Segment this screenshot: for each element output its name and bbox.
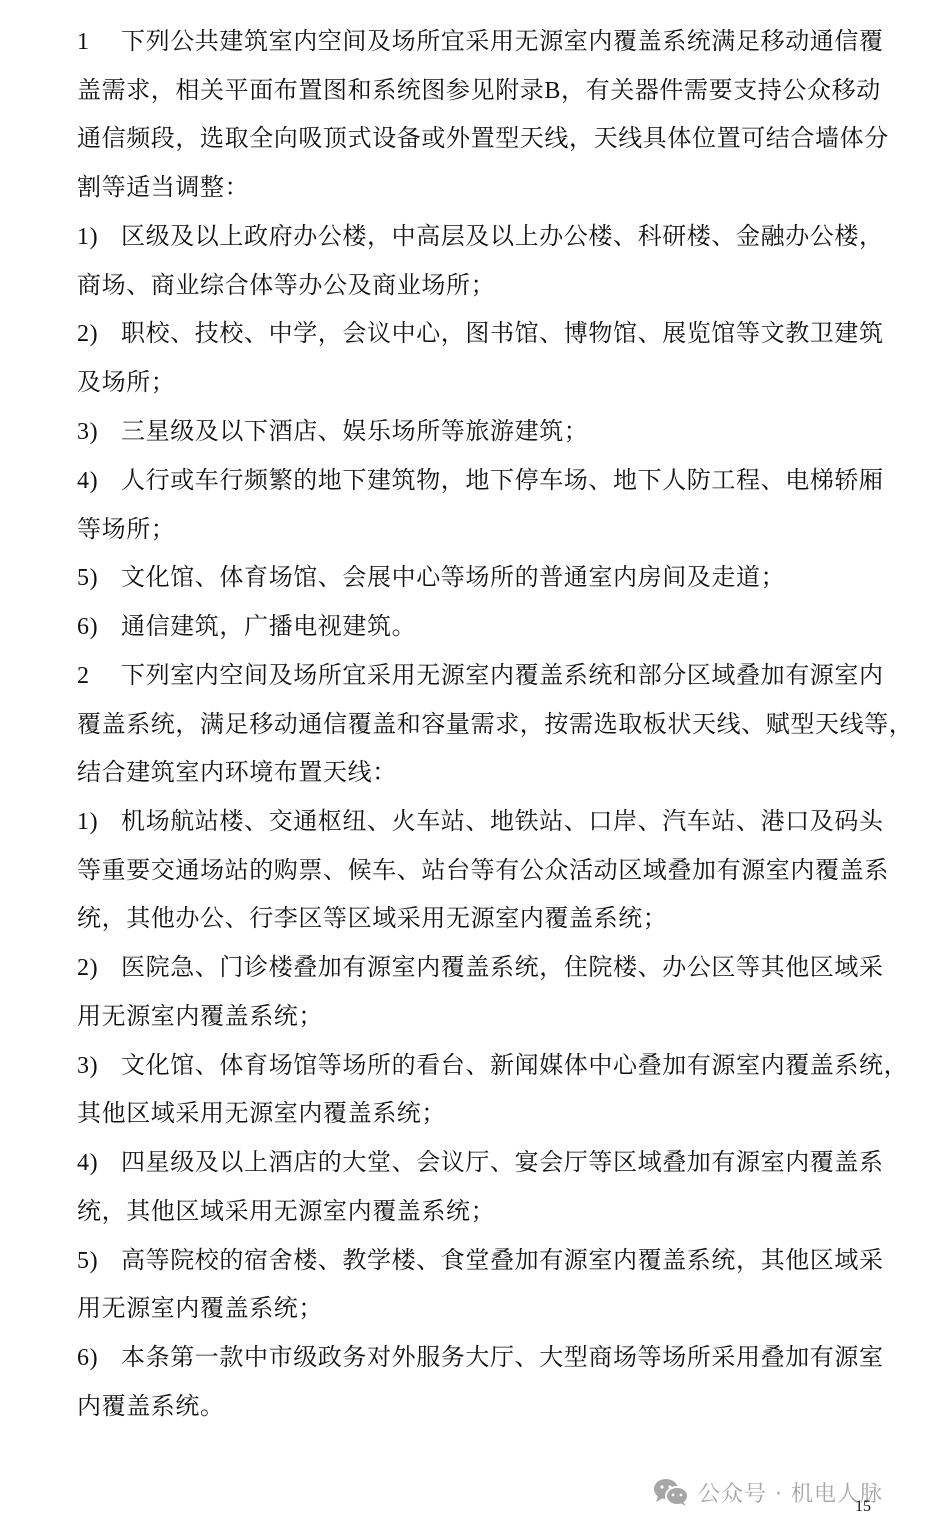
item-text: 机场航站楼、交通枢纽、火车站、地铁站、口岸、汽车站、港口及码头 (121, 809, 884, 835)
list-item: 4)人行或车行频繁的地下建筑物，地下停车场、地下人防工程、电梯轿厢 (77, 465, 917, 497)
list-item-continuation: 等重要交通场站的购票、候车、站台等有公众活动区域叠加有源室内覆盖系 (77, 855, 917, 887)
wechat-icon (652, 1477, 690, 1507)
item-number: 1) (77, 221, 121, 253)
list-item: 1)机场航站楼、交通枢纽、火车站、地铁站、口岸、汽车站、港口及码头 (77, 806, 917, 838)
list-item-continuation: 及场所； (77, 367, 917, 399)
watermark: 公众号 · 机电人脉 (652, 1476, 883, 1508)
item-text: 三星级及以下酒店、娱乐场所等旅游建筑； (121, 419, 588, 445)
item-text: 文化馆、体育场馆等场所的看台、新闻媒体中心叠加有源室内覆盖系统， (121, 1053, 908, 1079)
paragraph-text: 下列公共建筑室内空间及场所宜采用无源室内覆盖系统满足移动通信覆 (121, 29, 884, 55)
item-number: 3) (77, 416, 121, 448)
item-number: 6) (77, 611, 121, 643)
list-item: 4)四星级及以上酒店的大堂、会议厅、宴会厅等区域叠加有源室内覆盖系 (77, 1147, 917, 1179)
list-item: 2)医院急、门诊楼叠加有源室内覆盖系统，住院楼、办公区等其他区域采 (77, 952, 917, 984)
list-item: 3)文化馆、体育场馆等场所的看台、新闻媒体中心叠加有源室内覆盖系统， (77, 1050, 917, 1082)
list-item-continuation: 其他区域采用无源室内覆盖系统； (77, 1098, 917, 1130)
item-number: 2) (77, 318, 121, 350)
list-item: 3)三星级及以下酒店、娱乐场所等旅游建筑； (77, 416, 917, 448)
document-page: 1下列公共建筑室内空间及场所宜采用无源室内覆盖系统满足移动通信覆 盖需求，相关平… (0, 0, 935, 1530)
list-item-continuation: 等场所； (77, 514, 917, 546)
list-item: 6)本条第一款中市级政务对外服务大厅、大型商场等场所采用叠加有源室 (77, 1342, 917, 1374)
item-text: 通信建筑，广播电视建筑。 (121, 614, 416, 640)
item-text: 人行或车行频繁的地下建筑物，地下停车场、地下人防工程、电梯轿厢 (121, 468, 884, 494)
item-number: 2) (77, 952, 121, 984)
item-text: 文化馆、体育场馆、会展中心等场所的普通室内房间及走道； (121, 565, 785, 591)
clause-number: 1 (77, 26, 121, 58)
list-item-continuation: 内覆盖系统。 (77, 1391, 917, 1423)
page-number: 15 (855, 1498, 871, 1516)
clause-1-line-3: 通信频段，选取全向吸顶式设备或外置型天线，天线具体位置可结合墙体分 (77, 123, 917, 155)
list-item: 5)高等院校的宿舍楼、教学楼、食堂叠加有源室内覆盖系统，其他区域采 (77, 1245, 917, 1277)
list-item: 1)区级及以上政府办公楼，中高层及以上办公楼、科研楼、金融办公楼， (77, 221, 917, 253)
item-number: 6) (77, 1342, 121, 1374)
item-text: 高等院校的宿舍楼、教学楼、食堂叠加有源室内覆盖系统，其他区域采 (121, 1248, 884, 1274)
item-number: 4) (77, 465, 121, 497)
item-number: 4) (77, 1147, 121, 1179)
clause-2-line-3: 结合建筑室内环境布置天线： (77, 757, 917, 789)
list-item: 2)职校、技校、中学，会议中心，图书馆、博物馆、展览馆等文教卫建筑 (77, 318, 917, 350)
list-item-continuation: 用无源室内覆盖系统； (77, 1001, 917, 1033)
paragraph-text: 下列室内空间及场所宜采用无源室内覆盖系统和部分区域叠加有源室内 (121, 663, 884, 689)
item-text: 四星级及以上酒店的大堂、会议厅、宴会厅等区域叠加有源室内覆盖系 (121, 1150, 884, 1176)
clause-1-line-1: 1下列公共建筑室内空间及场所宜采用无源室内覆盖系统满足移动通信覆 (77, 26, 917, 58)
list-item-continuation: 统，其他区域采用无源室内覆盖系统； (77, 1196, 917, 1228)
item-number: 5) (77, 562, 121, 594)
list-item-continuation: 商场、商业综合体等办公及商业场所； (77, 270, 917, 302)
item-text: 职校、技校、中学，会议中心，图书馆、博物馆、展览馆等文教卫建筑 (121, 321, 884, 347)
item-number: 5) (77, 1245, 121, 1277)
list-item-continuation: 统，其他办公、行李区等区域采用无源室内覆盖系统； (77, 903, 917, 935)
list-item: 5)文化馆、体育场馆、会展中心等场所的普通室内房间及走道； (77, 562, 917, 594)
item-number: 3) (77, 1050, 121, 1082)
item-number: 1) (77, 806, 121, 838)
clause-1-line-4: 割等适当调整： (77, 172, 917, 204)
item-text: 区级及以上政府办公楼，中高层及以上办公楼、科研楼、金融办公楼， (121, 224, 884, 250)
clause-number: 2 (77, 660, 121, 692)
item-text: 医院急、门诊楼叠加有源室内覆盖系统，住院楼、办公区等其他区域采 (121, 955, 884, 981)
clause-1-line-2: 盖需求，相关平面布置图和系统图参见附录B，有关器件需要支持公众移动 (77, 75, 917, 107)
list-item-continuation: 用无源室内覆盖系统； (77, 1293, 917, 1325)
item-text: 本条第一款中市级政务对外服务大厅、大型商场等场所采用叠加有源室 (121, 1345, 884, 1371)
clause-2-line-2: 覆盖系统，满足移动通信覆盖和容量需求，按需选取板状天线、赋型天线等， (77, 709, 917, 741)
list-item: 6)通信建筑，广播电视建筑。 (77, 611, 917, 643)
clause-2-line-1: 2下列室内空间及场所宜采用无源室内覆盖系统和部分区域叠加有源室内 (77, 660, 917, 692)
